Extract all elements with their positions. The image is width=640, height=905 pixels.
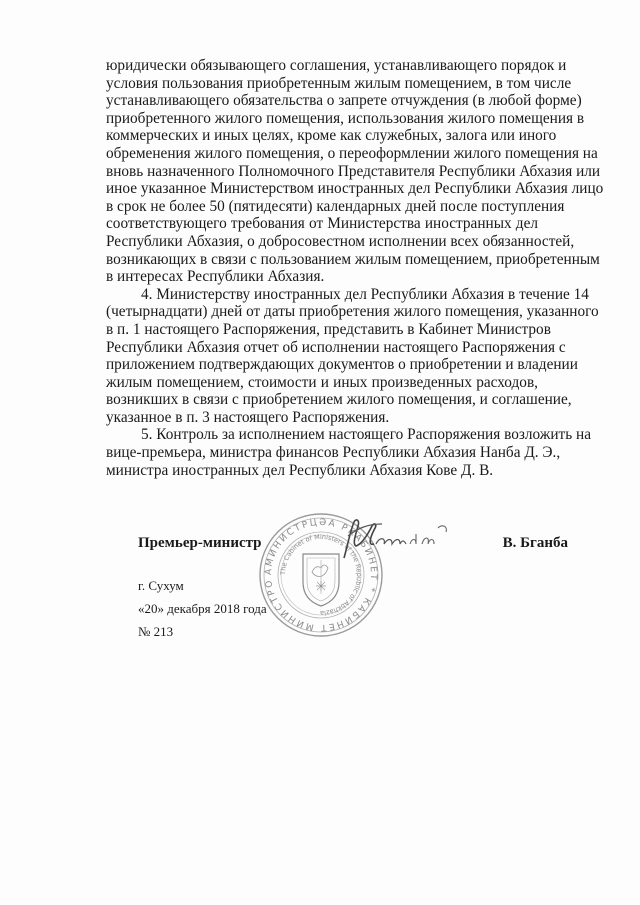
- text-line: указанное в п. 3 настоящего Распоряжения…: [106, 409, 538, 427]
- paragraph-3-continued: юридически обязывающего соглашения, уста…: [106, 57, 538, 286]
- text-line: Республики Абхазия отчет об исполнении н…: [106, 339, 538, 357]
- text-line: соответствующего требования от Министерс…: [106, 215, 538, 233]
- text-line: условия пользования приобретенным жилым …: [106, 75, 538, 93]
- paragraph-5: 5. Контроль за исполнением настоящего Ра…: [106, 426, 538, 479]
- text-line: министра иностранных дел Республики Абха…: [106, 462, 538, 480]
- text-line: возникших в связи с приобретением жилого…: [106, 391, 538, 409]
- text-line: вновь назначенного Полномочного Представ…: [106, 163, 538, 181]
- text-line: в срок не более 50 (пятидесяти) календар…: [106, 198, 538, 216]
- signature-block: Премьер-министр В. Бганба: [138, 535, 578, 559]
- issue-date: «20» декабря 2018 года: [138, 601, 267, 617]
- text-line: 5. Контроль за исполнением настоящего Ра…: [106, 426, 538, 444]
- document-body: юридически обязывающего соглашения, уста…: [106, 57, 538, 479]
- text-line: жилым помещением, стоимости и иных произ…: [106, 374, 538, 392]
- text-line: в п. 1 настоящего Распоряжения, представ…: [106, 321, 538, 339]
- text-line: в интересах Республики Абхазия.: [106, 268, 538, 286]
- document-page: юридически обязывающего соглашения, уста…: [0, 0, 640, 905]
- text-line: устанавливающего обязательства о запрете…: [106, 92, 538, 110]
- text-line: приложением подтверждающих документов о …: [106, 356, 538, 374]
- text-line: коммерческих и иных целях, кроме как слу…: [106, 127, 538, 145]
- text-line: юридически обязывающего соглашения, уста…: [106, 57, 538, 75]
- text-line: (четырнадцати) дней от даты приобретения…: [106, 303, 538, 321]
- text-line: вице-премьера, министра финансов Республ…: [106, 444, 538, 462]
- signatory-title: Премьер-министр: [138, 535, 262, 552]
- paragraph-4: 4. Министерству иностранных дел Республи…: [106, 286, 538, 427]
- text-line: приобретенного жилого помещения, использ…: [106, 110, 538, 128]
- text-line: обременения жилого помещения, о переофор…: [106, 145, 538, 163]
- text-line: 4. Министерству иностранных дел Республи…: [106, 286, 538, 304]
- signatory-name: В. Бганба: [503, 535, 568, 552]
- text-line: Республики Абхазия, о добросовестном исп…: [106, 233, 538, 251]
- issue-place: г. Сухум: [138, 578, 184, 594]
- text-line: иное указанное Министерством иностранных…: [106, 180, 538, 198]
- document-number: № 213: [138, 624, 173, 640]
- text-line: возникающих в связи с пользованием жилым…: [106, 251, 538, 269]
